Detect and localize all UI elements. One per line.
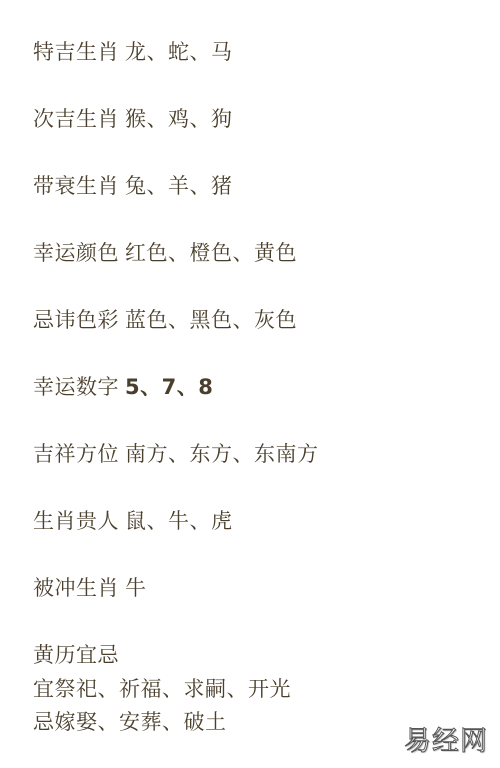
line-label: 幸运数字 <box>33 375 119 399</box>
lucky-zodiac-line: 特吉生肖龙、蛇、马 <box>33 39 233 65</box>
line-value: 兔、羊、猪 <box>125 174 233 198</box>
line-value: 鼠、牛、虎 <box>125 509 233 533</box>
line-label: 幸运颜色 <box>33 241 119 265</box>
unlucky-zodiac-line: 带衰生肖兔、羊、猪 <box>33 173 233 199</box>
line-value: 猴、鸡、狗 <box>125 107 233 131</box>
line-label: 忌讳色彩 <box>33 308 119 332</box>
line-value: 南方、东方、东南方 <box>125 442 319 466</box>
lucky-colors-line: 幸运颜色红色、橙色、黄色 <box>33 240 297 266</box>
almanac-ji: 忌嫁娶、安葬、破土 <box>33 709 227 735</box>
line-value: 蓝色、黑色、灰色 <box>125 308 297 332</box>
line-value: 红色、橙色、黄色 <box>125 241 297 265</box>
line-label: 吉祥方位 <box>33 442 119 466</box>
line-value: 牛 <box>125 576 147 600</box>
lucky-numbers-line: 幸运数字5、7、8 <box>33 374 213 400</box>
line-value: 5、7、8 <box>125 375 213 399</box>
almanac-title: 黄历宜忌 <box>33 642 119 668</box>
line-label: 被冲生肖 <box>33 576 119 600</box>
taboo-colors-line: 忌讳色彩蓝色、黑色、灰色 <box>33 307 297 333</box>
line-value: 龙、蛇、马 <box>125 40 233 64</box>
line-label: 带衰生肖 <box>33 174 119 198</box>
watermark: 易经网 <box>404 726 488 758</box>
almanac-yi: 宜祭祀、祈福、求嗣、开光 <box>33 676 291 702</box>
second-lucky-zodiac-line: 次吉生肖猴、鸡、狗 <box>33 106 233 132</box>
line-label: 次吉生肖 <box>33 107 119 131</box>
line-label: 生肖贵人 <box>33 509 119 533</box>
lucky-directions-line: 吉祥方位南方、东方、东南方 <box>33 441 319 467</box>
clashing-zodiac-line: 被冲生肖牛 <box>33 575 147 601</box>
line-label: 特吉生肖 <box>33 40 119 64</box>
zodiac-benefactors-line: 生肖贵人鼠、牛、虎 <box>33 508 233 534</box>
